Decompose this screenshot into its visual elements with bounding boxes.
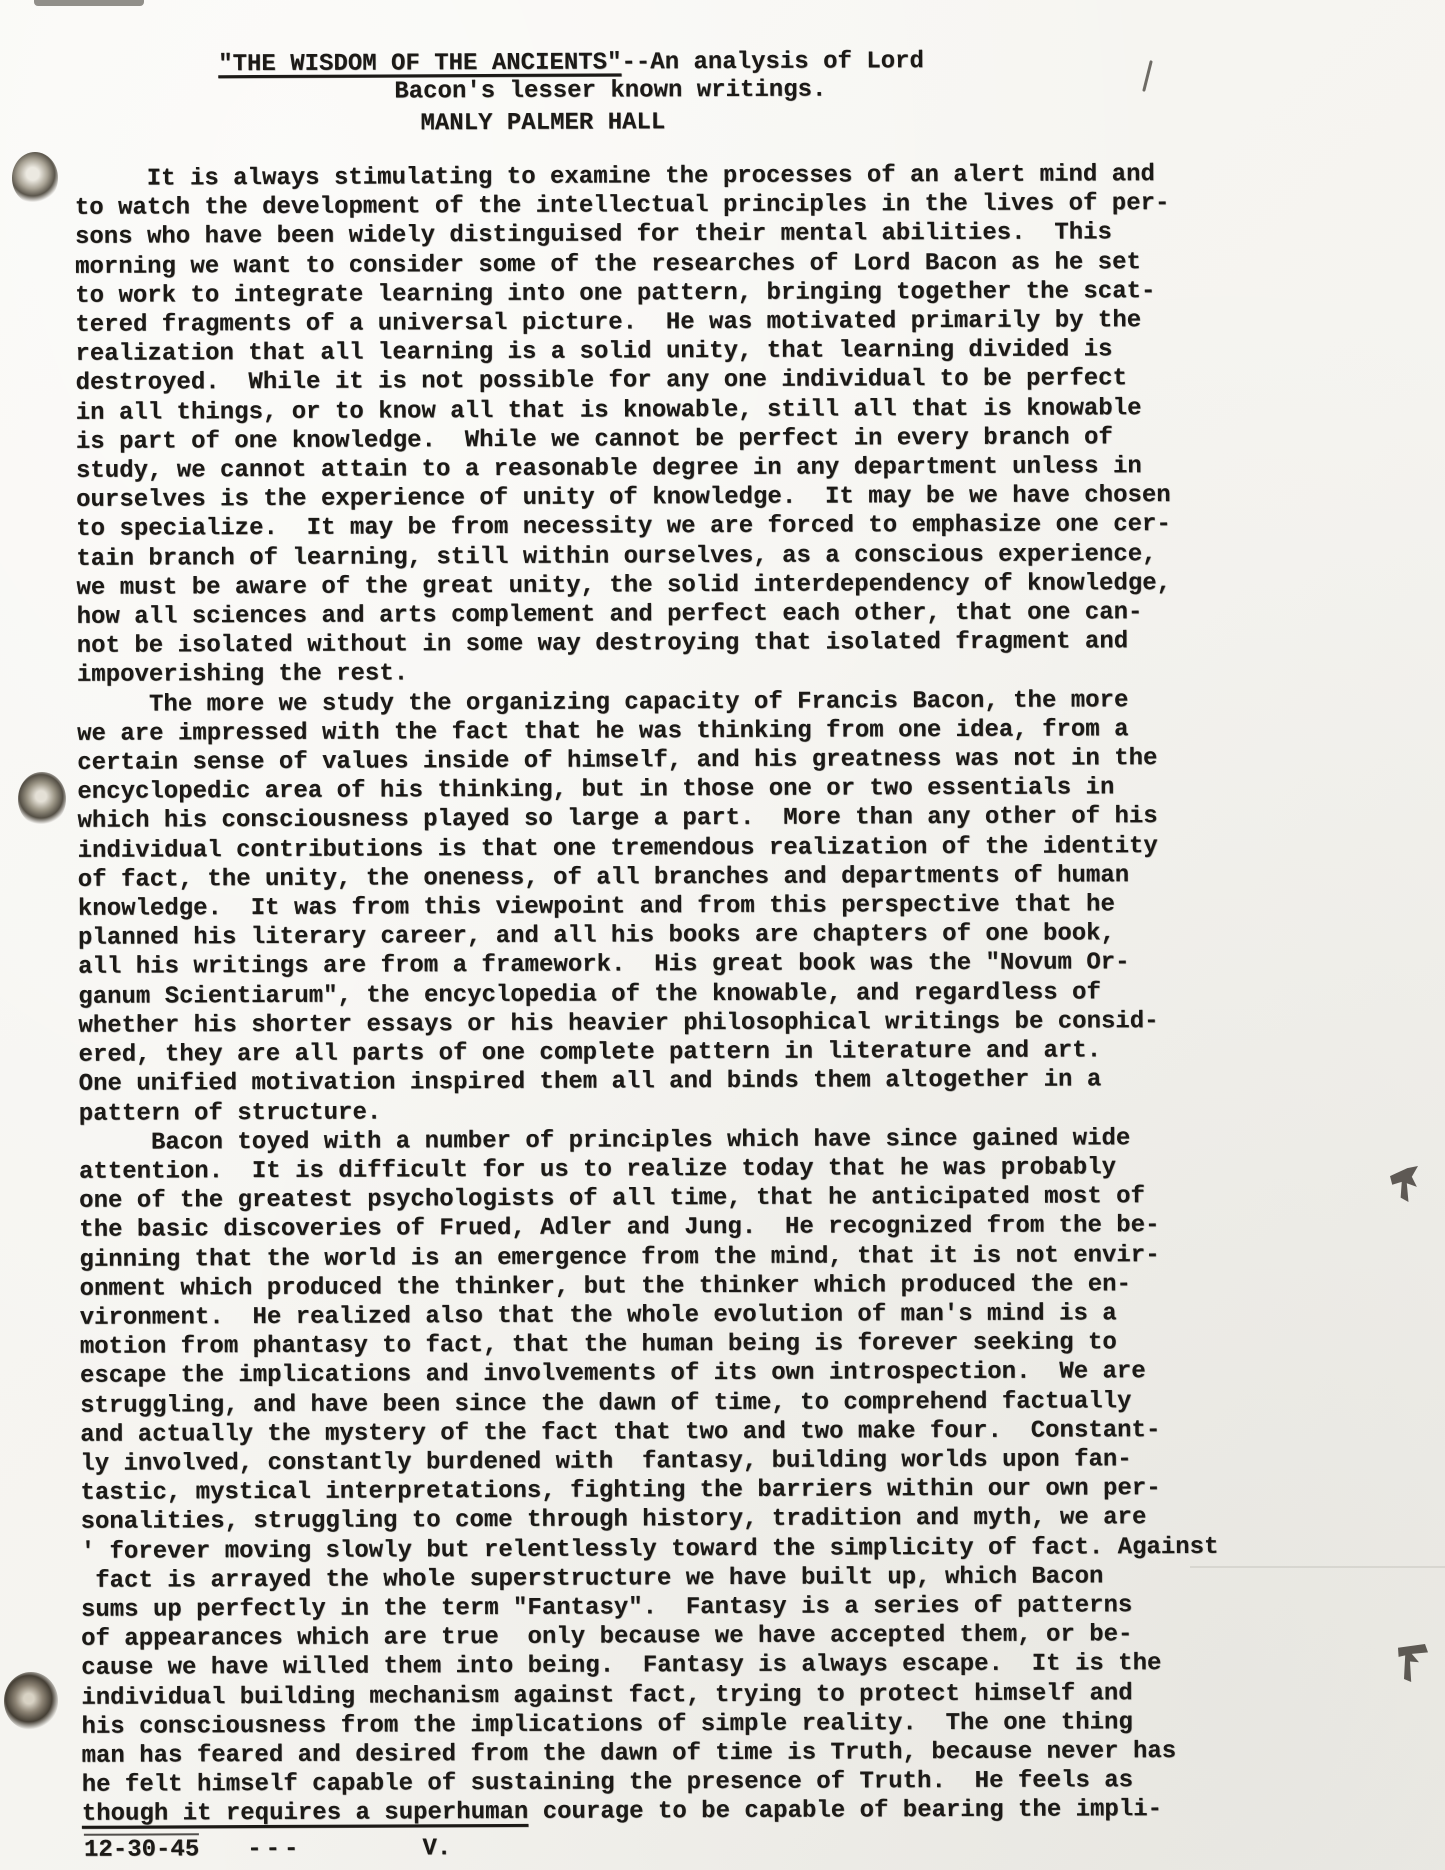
footer-dashes: --- <box>247 1836 302 1863</box>
text-line: ginning that the world is an emergence f… <box>79 1240 1217 1274</box>
text-line: sonalities, struggling to come through h… <box>80 1503 1218 1537</box>
footer-initial: V. <box>422 1835 451 1862</box>
document-header: "THE WISDOM OF THE ANCIENTS"--An analysi… <box>0 45 1441 51</box>
text-line: ' forever moving slowly but relentlessly… <box>81 1532 1219 1566</box>
closing-rest-text: courage to be capable of bearing the imp… <box>528 1796 1162 1826</box>
title-rest-text: --An analysis of Lord <box>621 48 924 76</box>
date-stamp: 12-30-45 <box>84 1833 199 1864</box>
text-line: ganum Scientiarum", the encyclopedia of … <box>78 978 1216 1012</box>
text-line: all his writings are from a framework. H… <box>78 948 1216 982</box>
text-line: in all things, or to know all that is kn… <box>76 393 1214 427</box>
text-line: One unified motivation inspired them all… <box>79 1065 1217 1099</box>
text-line: to specialize. It may be from necessity … <box>76 510 1214 544</box>
document-subtitle: Bacon's lesser known writings. <box>394 76 826 107</box>
text-line: the basic discoveries of Frued, Adler an… <box>79 1211 1217 1245</box>
text-line: tain branch of learning, still within ou… <box>76 539 1214 573</box>
document-body: It is always stimulating to examine the … <box>75 160 1220 1830</box>
text-line: individual contributions is that one tre… <box>78 832 1216 866</box>
text-line: escape the implications and involvements… <box>80 1357 1218 1391</box>
text-line: which his consciousness played so large … <box>77 802 1215 836</box>
text-line: sons who have been widely distinguised f… <box>75 218 1213 252</box>
document-author: MANLY PALMER HALL <box>420 108 665 138</box>
document-title: "THE WISDOM OF THE ANCIENTS"--An analysi… <box>218 47 924 79</box>
text-line: morning we want to consider some of the … <box>75 247 1213 281</box>
text-line: individual building mechanism against fa… <box>81 1678 1219 1712</box>
page-footer: 12-30-45---V. <box>84 1835 451 1864</box>
text-line: not be isolated without in some way dest… <box>77 627 1215 661</box>
title-underlined-text: "THE WISDOM OF THE ANCIENTS" <box>218 49 621 78</box>
text-line: cause we have willed them into being. Fa… <box>81 1649 1219 1683</box>
text-line: The more we study the organizing capacit… <box>77 686 1215 720</box>
closing-underlined-text: though it requires a superhuman <box>82 1799 529 1828</box>
text-line: struggling, and have been since the dawn… <box>80 1386 1218 1420</box>
paragraphs-container: It is always stimulating to examine the … <box>75 160 1220 1800</box>
closing-line: though it requires a superhuman courage … <box>82 1795 1220 1829</box>
document-page: "THE WISDOM OF THE ANCIENTS"--An analysi… <box>0 0 1445 1870</box>
text-line: destroyed. While it is not possible for … <box>76 364 1214 398</box>
